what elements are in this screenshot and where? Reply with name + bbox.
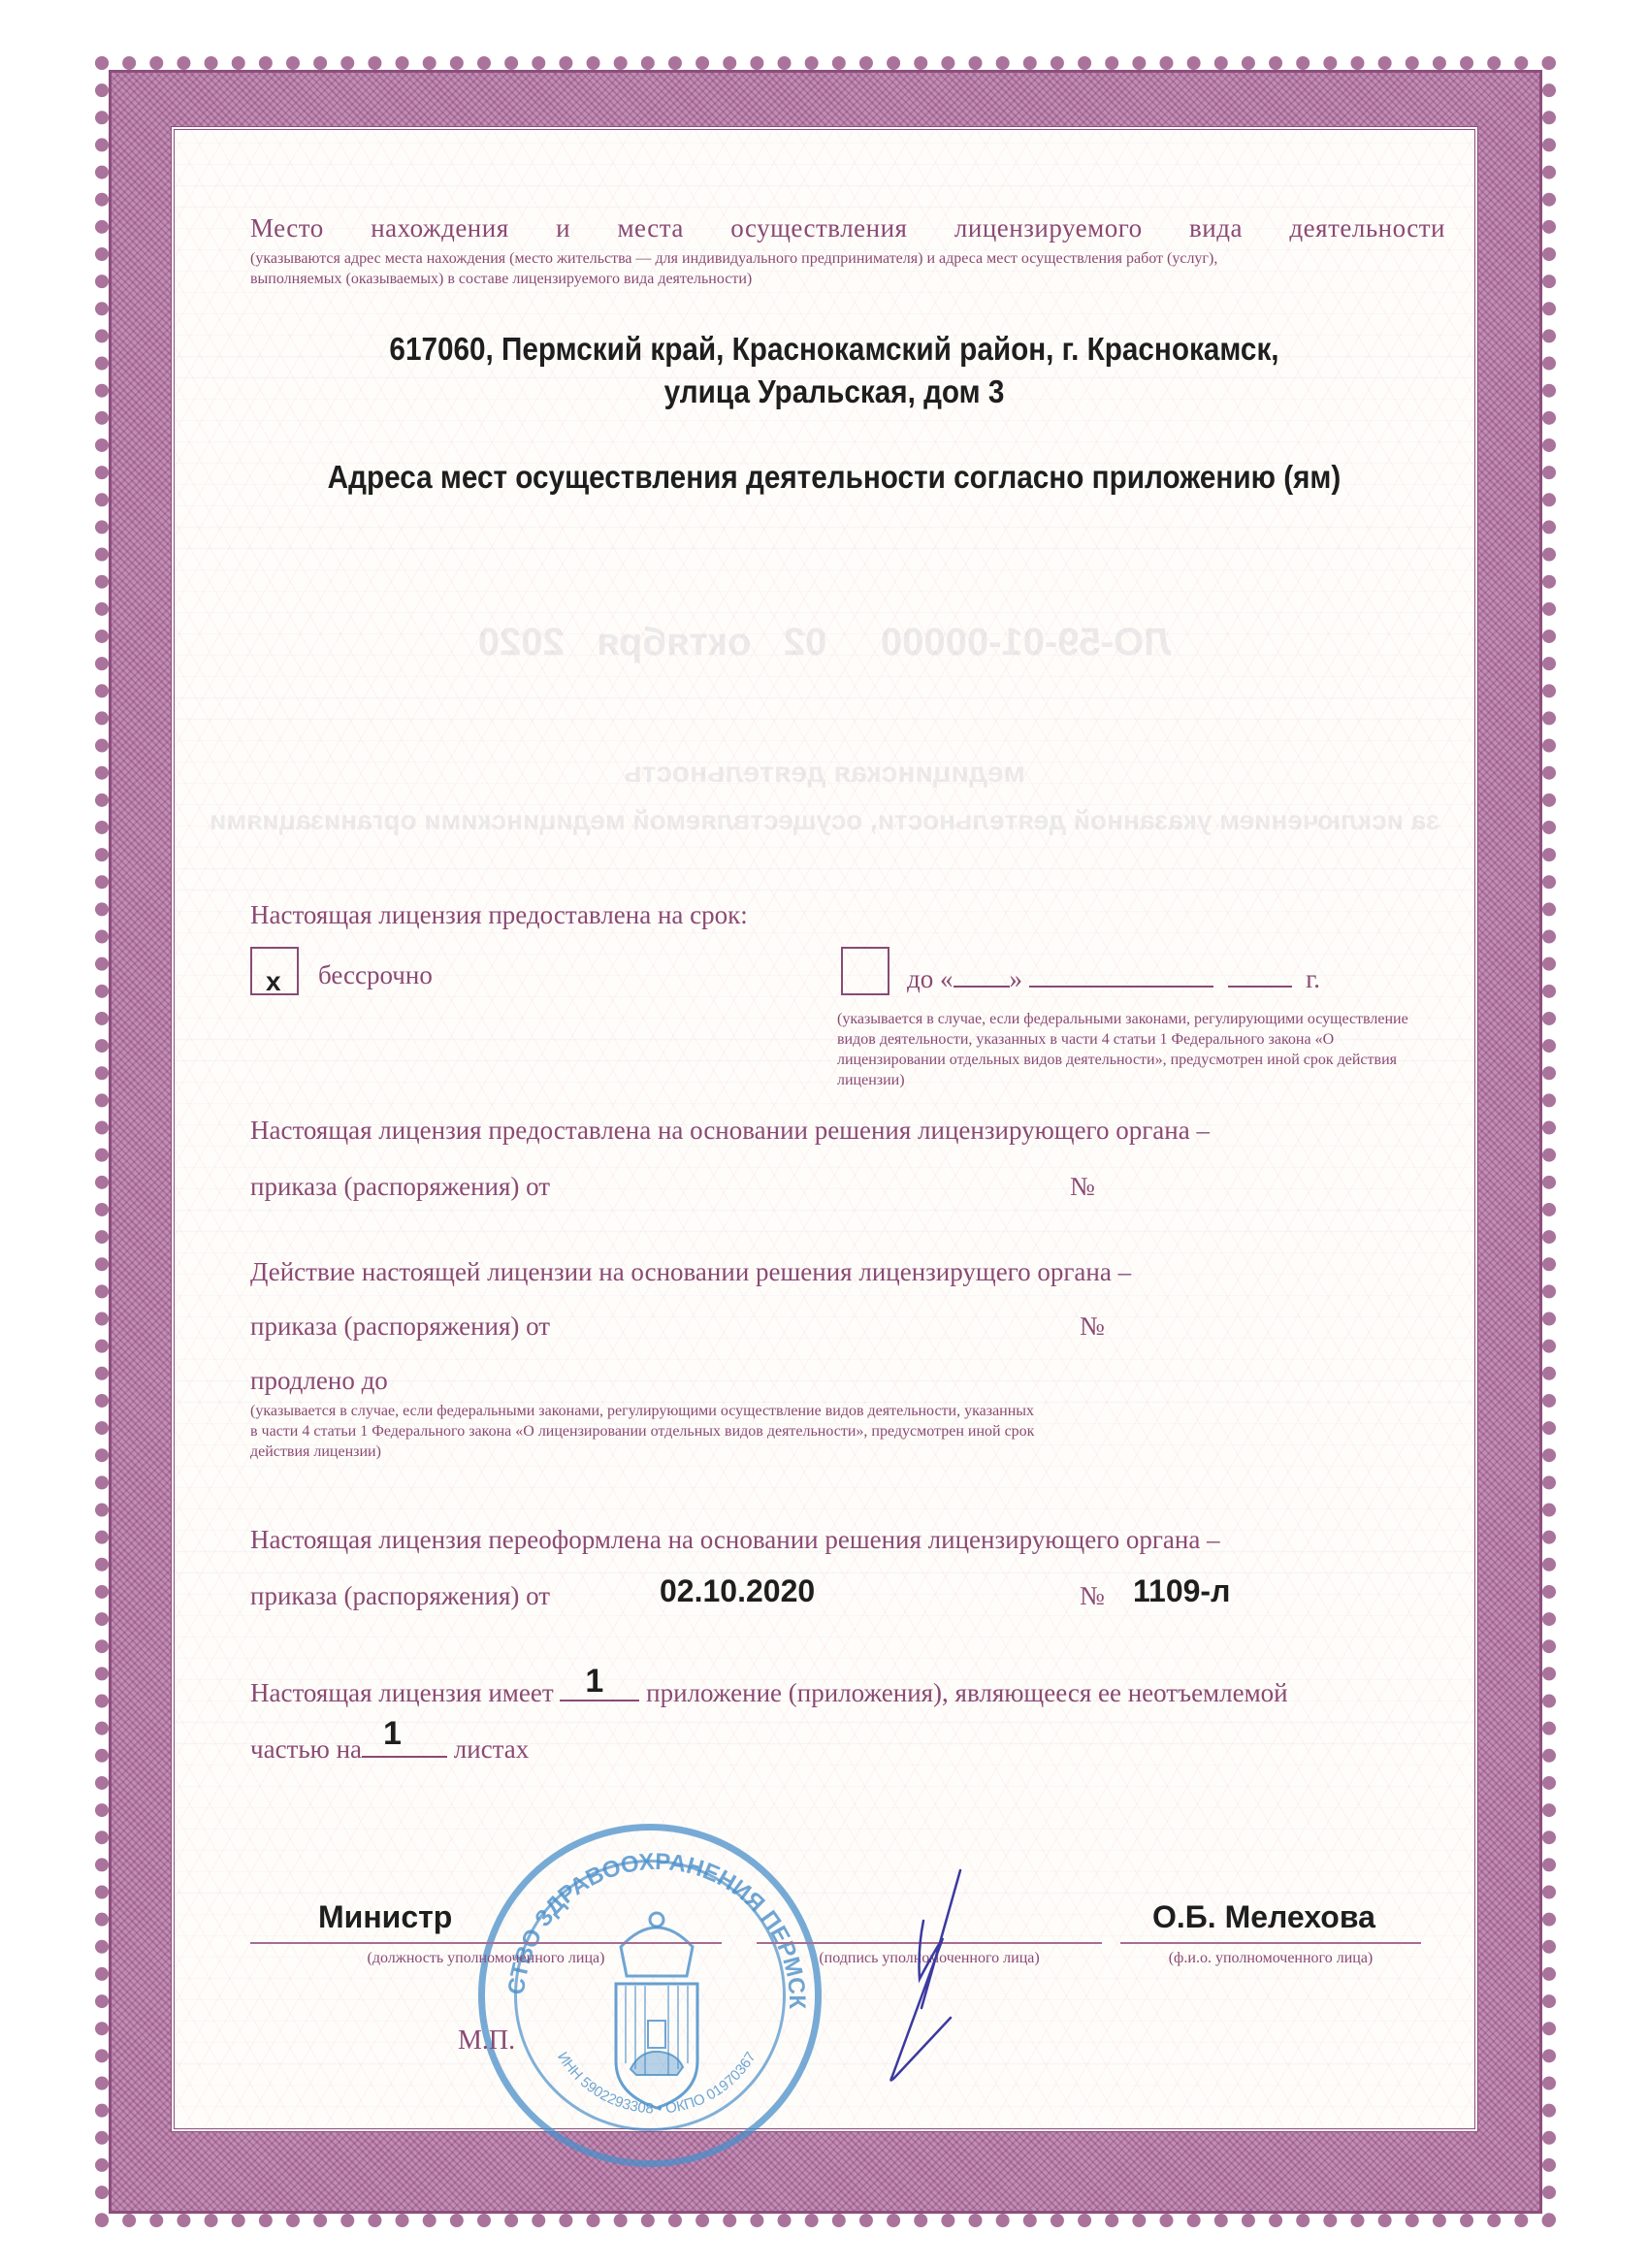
location-note-line: выполняемых (оказываемых) в составе лице…: [250, 269, 1445, 289]
extension-note: (указывается в случае, если федеральными…: [250, 1401, 1036, 1462]
extension-text: Действие настоящей лицензии на основании…: [250, 1257, 1131, 1287]
appendices-text-before: Настоящая лицензия имеет: [250, 1678, 554, 1707]
sheets-text-after: листах: [454, 1734, 530, 1764]
reissue-text: Настоящая лицензия переоформлена на осно…: [250, 1525, 1220, 1555]
year-blank[interactable]: [1228, 960, 1292, 988]
appendices-line: Настоящая лицензия имеет 1 приложение (п…: [250, 1674, 1288, 1708]
checkbox-unlimited[interactable]: х: [250, 947, 299, 995]
until-quote-close: »: [1010, 964, 1023, 993]
name-line: [1120, 1942, 1421, 1944]
granted-number-label: №: [1070, 1172, 1095, 1202]
until-note: (указывается в случае, если федеральными…: [837, 1009, 1443, 1090]
until-prefix: до «: [907, 964, 954, 993]
granted-order-label: приказа (распоряжения) от: [250, 1172, 550, 1202]
reissue-date: 02.10.2020: [660, 1573, 815, 1609]
name-caption: (ф.и.о. уполномоченного лица): [1120, 1950, 1421, 1967]
signatory-position: Министр: [318, 1899, 452, 1935]
checkbox-until-date[interactable]: [841, 947, 889, 995]
official-seal-stamp: МИНИСТЕРСТВО ЗДРАВООХРАНЕНИЯ ПЕРМСКОГО К…: [478, 1824, 822, 2167]
sheets-text-before: частью на: [250, 1734, 362, 1764]
option-unlimited-label: бессрочно: [318, 960, 433, 990]
coat-of-arms-icon: МИНИСТЕРСТВО ЗДРАВООХРАНЕНИЯ ПЕРМСКОГО К…: [485, 1831, 828, 2174]
seal-place-label: М.П.: [458, 2025, 515, 2057]
month-blank[interactable]: [1029, 960, 1213, 988]
appendix-count: 1: [585, 1663, 603, 1701]
address-line-1: 617060, Пермский край, Краснокамский рай…: [310, 328, 1358, 371]
until-date-line: до «» г.: [907, 960, 1320, 994]
appendices-text-after: приложение (приложения), являющееся ее н…: [646, 1678, 1287, 1707]
extension-order-label: приказа (распоряжения) от: [250, 1312, 550, 1342]
address-line-2: улица Уральская, дом 3: [310, 371, 1358, 413]
reissue-number-label: №: [1080, 1581, 1105, 1611]
location-note: (указываются адрес места нахождения (мес…: [250, 248, 1445, 289]
signatory-name: О.Б. Мелехова: [1152, 1899, 1375, 1935]
sheets-count: 1: [383, 1715, 402, 1753]
sheets-line: частью на 1 листах: [250, 1731, 529, 1765]
addresses-by-appendix: Адреса мест осуществления деятельности с…: [310, 456, 1358, 499]
granted-basis-text: Настоящая лицензия предоставлена на осно…: [250, 1116, 1210, 1146]
checkbox-x-mark: х: [266, 966, 281, 997]
reissue-number: 1109-л: [1133, 1573, 1230, 1609]
until-suffix: г.: [1306, 964, 1320, 993]
reissue-order-label: приказа (распоряжения) от: [250, 1581, 550, 1611]
position-caption: (должность уполномоченного лица): [250, 1950, 722, 1967]
location-heading: Место нахождения и места осуществления л…: [250, 213, 1445, 243]
extension-number-label: №: [1080, 1312, 1105, 1342]
location-note-line: (указываются адрес места нахождения (мес…: [250, 248, 1445, 269]
handwritten-signature: [854, 1863, 989, 2095]
position-line: [250, 1942, 722, 1944]
term-label: Настоящая лицензия предоставлена на срок…: [250, 900, 748, 930]
day-blank[interactable]: [954, 960, 1010, 988]
extended-until-label: продлено до: [250, 1366, 388, 1396]
appendix-count-blank: 1: [560, 1674, 639, 1701]
sheets-count-blank: 1: [362, 1731, 447, 1758]
